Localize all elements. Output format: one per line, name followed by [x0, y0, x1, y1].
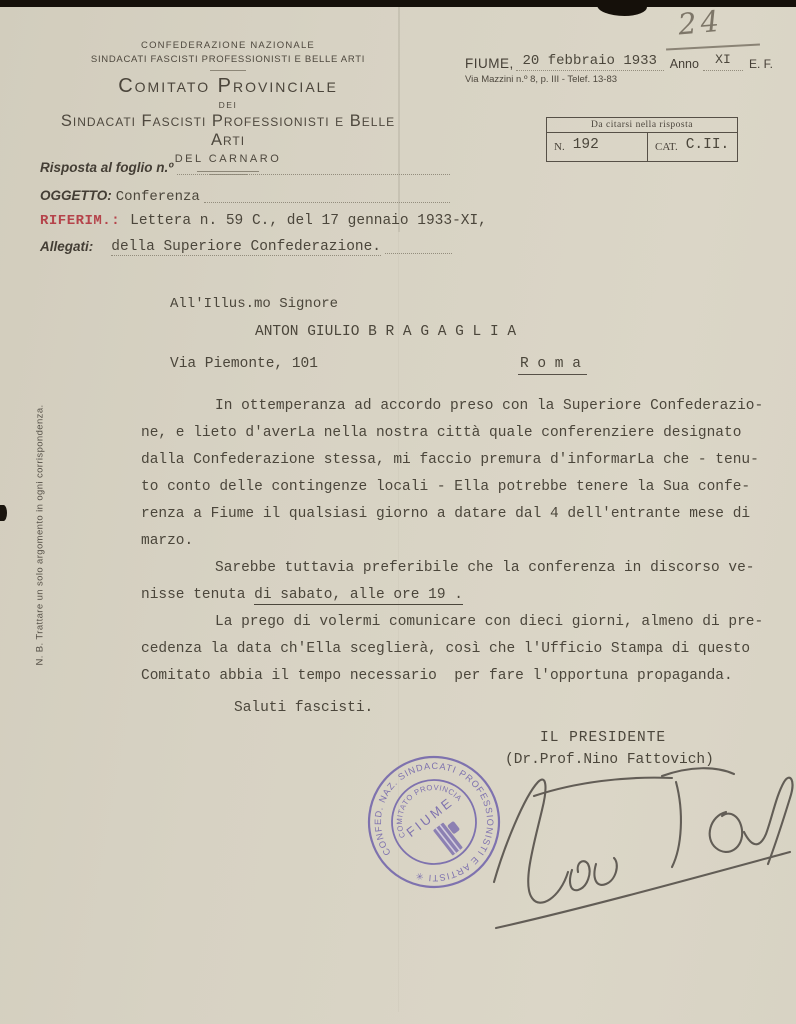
- body-line: Sarebbe tuttavia preferibile che la conf…: [141, 560, 773, 587]
- recipient-name: ANTON GIULIO B R A G A G L I A: [255, 324, 516, 340]
- dateline-date: 20 febbraio 1933: [516, 53, 664, 71]
- handwritten-number-underline: [666, 44, 760, 51]
- riferim-label: RIFERIM.:: [40, 213, 120, 229]
- oggetto-value: Conferenza: [116, 189, 200, 205]
- dateline-era: E. F.: [749, 57, 773, 71]
- body-line: ne, e lieto d'averLa nella nostra città …: [141, 425, 773, 452]
- body-line: marzo.: [141, 533, 773, 560]
- body-line: cedenza la data ch'Ella sceglierà, così …: [141, 641, 773, 668]
- side-note-vertical: N. B. Trattare un solo argomento in ogni…: [35, 404, 46, 665]
- risposta-row: Risposta al foglio n.º: [40, 160, 450, 175]
- handwritten-signature: [476, 752, 796, 944]
- signature-stroke-i: [570, 861, 590, 890]
- signature-stroke-end: [744, 778, 792, 864]
- letterhead-sindacati-2: Sindacati Fascisti Professionisti e Bell…: [58, 112, 398, 150]
- body-line: Comitato abbia il tempo necessario per f…: [141, 668, 773, 695]
- letterhead-dei: DEI: [58, 100, 398, 110]
- closing-salutation: Saluti fascisti.: [234, 700, 373, 716]
- president-title: IL PRESIDENTE: [540, 730, 666, 746]
- signature-crossbar-2: [662, 768, 734, 776]
- scan-top-edge: [0, 0, 796, 7]
- allegati-label: Allegati:: [40, 239, 93, 254]
- letterhead-sindacati: SINDACATI FASCISTI PROFESSIONISTI E BELL…: [58, 54, 398, 65]
- allegati-dotted-line: [385, 239, 452, 254]
- letterhead-comitato: Comitato Provinciale: [58, 75, 398, 98]
- signature-stroke-n: [494, 780, 568, 903]
- scanned-letter-page: 24 CONFEDERAZIONE NAZIONALE SINDACATI FA…: [0, 0, 796, 1024]
- letterhead: CONFEDERAZIONE NAZIONALE SINDACATI FASCI…: [58, 40, 398, 175]
- recipient-salutation: All'Illus.mo Signore: [170, 296, 338, 312]
- reference-n-label: N.: [554, 141, 565, 153]
- signature-svg: [476, 752, 796, 944]
- signature-crossbar-1: [534, 778, 672, 796]
- staple-mark: [597, 0, 647, 16]
- signature-underline-flourish: [496, 852, 790, 928]
- letterhead-confederation: CONFEDERAZIONE NAZIONALE: [58, 40, 398, 51]
- reference-category-cell: CAT. C.II.: [648, 133, 737, 161]
- signature-stroke-o: [594, 858, 616, 885]
- oggetto-label: OGGETTO:: [40, 188, 112, 203]
- oggetto-dotted-line: [204, 188, 450, 203]
- dateline-address: Via Mazzini n.º 8, p. III - Telef. 13-83: [465, 74, 785, 85]
- body-line: dalla Confederazione stessa, mi faccio p…: [141, 452, 773, 479]
- oggetto-row: OGGETTO: Conferenza: [40, 187, 450, 203]
- dateline-city: FIUME,: [465, 56, 514, 71]
- recipient-street: Via Piemonte, 101: [170, 356, 318, 372]
- body-line-underline-phrase: di sabato, alle ore 19 .: [254, 587, 463, 605]
- dateline: FIUME, 20 febbraio 1933 Anno XI E. F. Vi…: [465, 52, 785, 85]
- body-line-prefix: nisse tenuta: [141, 587, 254, 603]
- allegati-row: Allegati: della Superiore Confederazione…: [40, 237, 452, 254]
- risposta-label: Risposta al foglio n.º: [40, 160, 173, 175]
- reference-box-header: Da citarsi nella risposta: [547, 118, 737, 133]
- dateline-anno-value: XI: [703, 52, 743, 71]
- reference-box: Da citarsi nella risposta N. 192 CAT. C.…: [546, 117, 738, 162]
- body-line: La prego di volermi comunicare con dieci…: [141, 614, 773, 641]
- body-line-underlined: nisse tenuta di sabato, alle ore 19 .: [141, 587, 773, 614]
- letterhead-divider: [210, 70, 246, 71]
- body-line: renza a Fiume il qualsiasi giorno a data…: [141, 506, 773, 533]
- reference-cat-label: CAT.: [655, 141, 678, 153]
- riferim-value: Lettera n. 59 C., del 17 gennaio 1933-XI…: [130, 213, 487, 229]
- risposta-dotted-line: [177, 160, 450, 175]
- body-line: to conto delle contingenze locali - Ella…: [141, 479, 773, 506]
- riferim-row: RIFERIM.: Lettera n. 59 C., del 17 genna…: [40, 213, 487, 229]
- allegati-value: della Superiore Confederazione.: [111, 239, 381, 256]
- signature-stroke-f-stem: [672, 782, 681, 867]
- handwritten-archive-number: 24: [677, 1, 760, 42]
- dateline-anno-label: Anno: [670, 57, 699, 71]
- letter-body: In ottemperanza ad accordo preso con la …: [141, 398, 773, 695]
- edge-notch-mark: [0, 505, 7, 521]
- body-line: In ottemperanza ad accordo preso con la …: [141, 398, 773, 425]
- signature-stroke-loop: [710, 812, 743, 852]
- reference-number-cell: N. 192: [547, 133, 648, 161]
- reference-cat-value: C.II.: [686, 137, 730, 153]
- recipient-city: R o m a: [518, 356, 587, 375]
- reference-n-value: 192: [573, 137, 599, 153]
